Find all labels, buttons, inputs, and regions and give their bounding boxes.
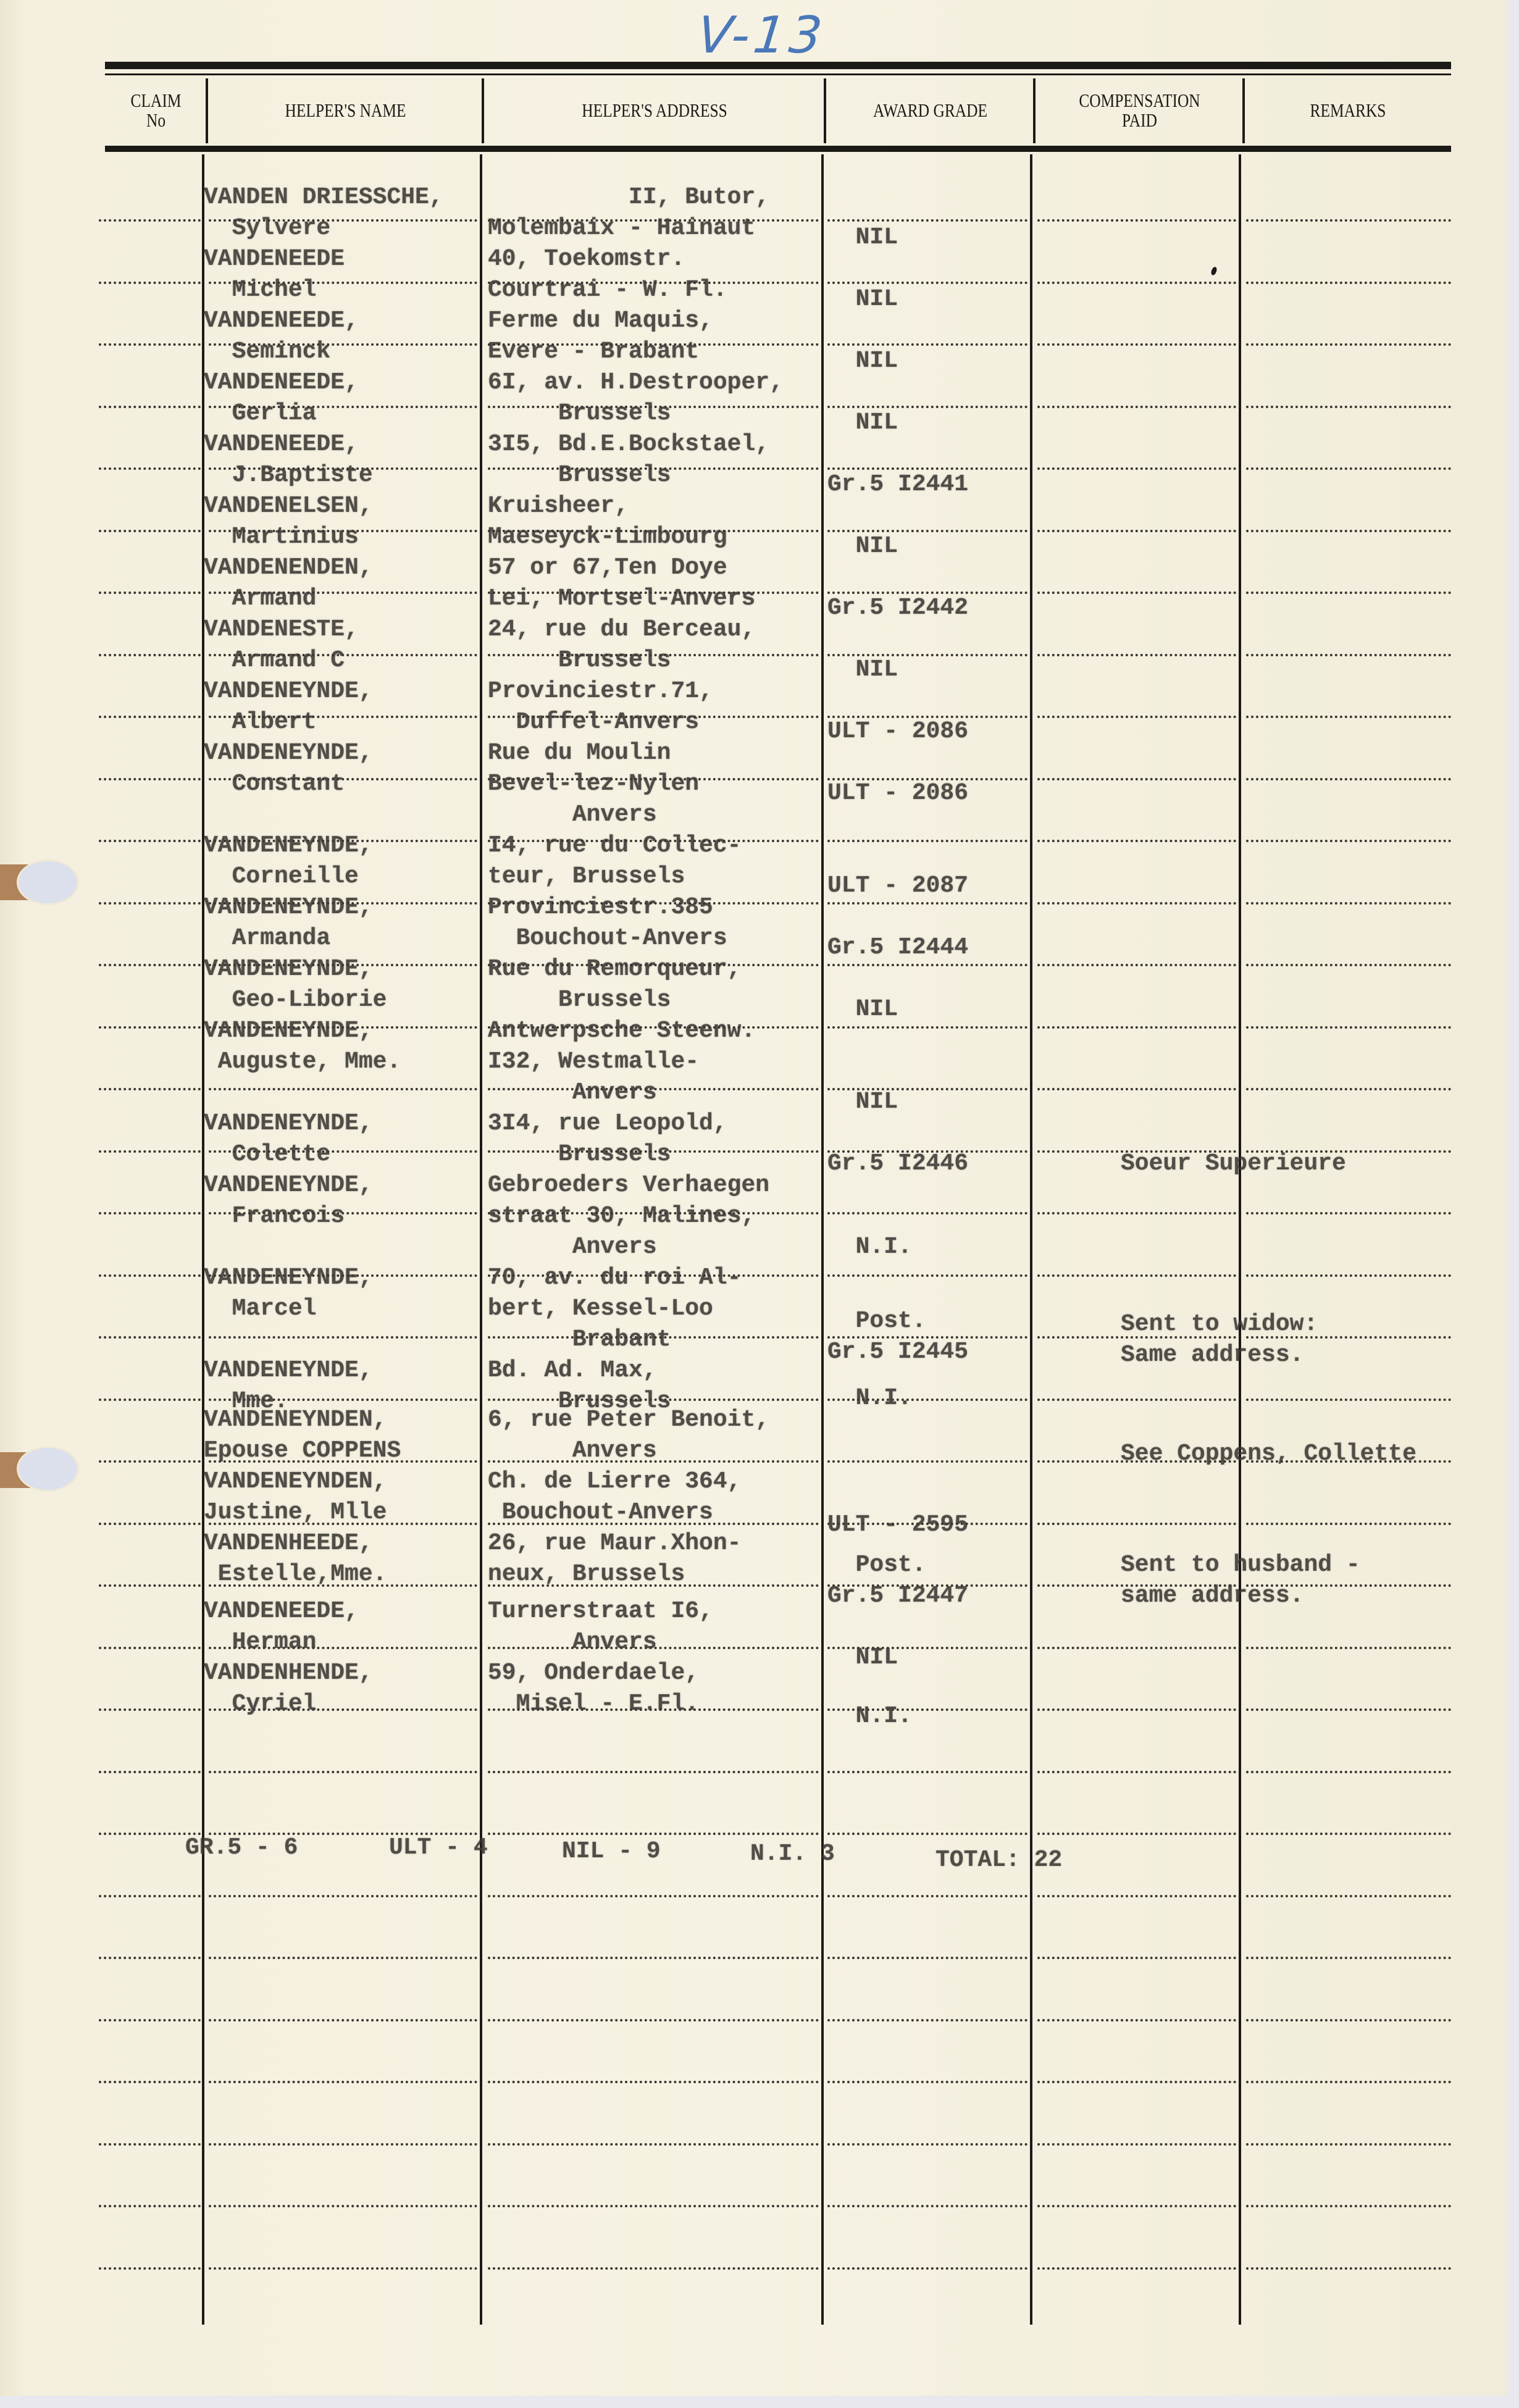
dotted-rule bbox=[827, 1212, 1027, 1214]
helper-address: 40, Toekomstr. Courtrai - W. Fl. bbox=[488, 244, 727, 306]
helper-name: VANDENEYNDE, Marcel bbox=[204, 1263, 373, 1324]
dotted-rule bbox=[209, 1771, 477, 1773]
helper-name: VANDEN DRIESSCHE, Sylvere bbox=[204, 182, 443, 244]
dotted-rule bbox=[99, 716, 201, 718]
dotted-rule bbox=[488, 2205, 819, 2207]
dotted-rule bbox=[99, 1088, 201, 1090]
award-grade: Gr.5 I2442 bbox=[827, 593, 968, 624]
remarks: Sent to husband - same address. bbox=[1121, 1550, 1360, 1612]
helper-address: I4, rue du Collec- teur, Brussels bbox=[488, 830, 741, 892]
dotted-rule bbox=[99, 1398, 201, 1401]
dotted-rule bbox=[1246, 2081, 1451, 2083]
summary-gr5: GR.5 - 6 bbox=[185, 1833, 298, 1863]
dotted-rule bbox=[99, 1771, 201, 1773]
helper-address: Antwerpsche Steenw. I32, Westmalle- Anve… bbox=[488, 1016, 755, 1108]
award-grade: ULT - 2086 bbox=[827, 716, 968, 747]
helper-address: Provinciestr.385 Bouchout-Anvers bbox=[488, 892, 727, 954]
helper-name: VANDENEEDE Michel bbox=[204, 244, 345, 306]
dotted-rule bbox=[99, 1647, 201, 1649]
dotted-rule bbox=[1246, 282, 1451, 284]
dotted-rule bbox=[1246, 1523, 1451, 1525]
helper-name: VANDENEYNDEN, Epouse COPPENS bbox=[204, 1405, 401, 1466]
dotted-rule bbox=[827, 1460, 1027, 1463]
helper-address: Rue du Moulin Bevel-lez-Nylen Anvers bbox=[488, 738, 699, 830]
helper-address: 24, rue du Berceau, Brussels bbox=[488, 614, 755, 676]
column-header-claim-no: CLAIMNo bbox=[114, 74, 198, 147]
award-grade: NIL bbox=[827, 408, 898, 438]
helper-name: VANDENEYNDEN, Justine, Mlle bbox=[204, 1466, 387, 1528]
award-grade: Gr.5 I2446 bbox=[827, 1148, 968, 1179]
helper-address: Ferme du Maquis, Evere - Brabant bbox=[488, 306, 713, 367]
header-divider bbox=[824, 78, 826, 143]
header-top-rule bbox=[105, 62, 1451, 69]
dotted-rule bbox=[1037, 1647, 1236, 1649]
dotted-rule bbox=[1246, 1398, 1451, 1401]
dotted-rule bbox=[1037, 778, 1236, 780]
dotted-rule bbox=[1037, 343, 1236, 346]
dotted-rule bbox=[1246, 1833, 1451, 1835]
helper-address: Ch. de Lierre 364, Bouchout-Anvers bbox=[488, 1466, 741, 1528]
file-code-handwritten: V-13 bbox=[695, 6, 885, 62]
helper-name: VANDENEEDE, J.Baptiste bbox=[204, 429, 373, 491]
award-grade: NIL bbox=[827, 1087, 898, 1118]
dotted-rule bbox=[827, 902, 1027, 905]
dotted-rule bbox=[99, 1274, 201, 1277]
award-grade: ULT - 2087 bbox=[827, 871, 968, 901]
award-grade: ULT - 2086 bbox=[827, 778, 968, 809]
dotted-rule bbox=[1246, 467, 1451, 470]
helper-address: 3I4, rue Leopold, Brussels bbox=[488, 1108, 727, 1170]
dotted-rule bbox=[1037, 530, 1236, 532]
dotted-rule bbox=[1246, 2267, 1451, 2270]
dotted-rule bbox=[1246, 592, 1451, 594]
dotted-rule bbox=[99, 902, 201, 905]
dotted-rule bbox=[209, 1895, 477, 1897]
dotted-rule bbox=[99, 1895, 201, 1897]
dotted-rule bbox=[99, 1957, 201, 1959]
dotted-rule bbox=[99, 964, 201, 966]
award-grade: N.I. bbox=[827, 1701, 912, 1732]
dotted-rule bbox=[1037, 1088, 1236, 1090]
helper-address: II, Butor, Molembaix - Hainaut bbox=[488, 182, 769, 244]
dotted-rule bbox=[99, 1460, 201, 1463]
dotted-rule bbox=[827, 2019, 1027, 2021]
helper-address: 57 or 67,Ten Doye Lei, Mortsel-Anvers bbox=[488, 553, 755, 614]
dotted-rule bbox=[1246, 1771, 1451, 1773]
dotted-rule bbox=[1246, 530, 1451, 532]
dotted-rule bbox=[99, 343, 201, 346]
dotted-rule bbox=[1246, 219, 1451, 222]
helper-address: 59, Onderdaele, Misel - E.Fl. bbox=[488, 1658, 699, 1720]
dotted-rule bbox=[827, 2267, 1027, 2270]
dotted-rule bbox=[99, 2143, 201, 2146]
binder-hole-bottom bbox=[19, 1448, 77, 1490]
award-grade: N.I. bbox=[827, 1232, 912, 1263]
column-header-helper-address: HELPER'S ADDRESS bbox=[515, 74, 795, 147]
scan-backdrop-bottom bbox=[0, 2396, 1519, 2408]
award-grade: Post. Gr.5 I2445 bbox=[827, 1306, 968, 1368]
award-grade: Gr.5 I2441 bbox=[827, 469, 968, 500]
dotted-rule bbox=[827, 219, 1027, 222]
dotted-rule bbox=[1246, 1957, 1451, 1959]
helper-name: VANDENELSEN, Martinius bbox=[204, 491, 373, 553]
helper-name: VANDENHENDE, Cyriel bbox=[204, 1658, 373, 1720]
helper-address: 70, av. du roi Al- bert, Kessel-Loo Brab… bbox=[488, 1263, 741, 1355]
dotted-rule bbox=[99, 1708, 201, 1711]
award-grade: NIL bbox=[827, 284, 898, 315]
award-grade: NIL bbox=[827, 994, 898, 1025]
dotted-rule bbox=[99, 1523, 201, 1525]
dotted-rule bbox=[1246, 654, 1451, 656]
award-grade: N.I. bbox=[827, 1383, 912, 1414]
dotted-rule bbox=[1037, 2019, 1236, 2021]
dotted-rule bbox=[1246, 964, 1451, 966]
dotted-rule bbox=[1037, 406, 1236, 408]
dotted-rule bbox=[1037, 654, 1236, 656]
helper-address: Kruisheer, Maeseyck-Limbourg bbox=[488, 491, 727, 553]
dotted-rule bbox=[1246, 1026, 1451, 1029]
dotted-rule bbox=[1037, 1708, 1236, 1711]
dotted-rule bbox=[99, 1212, 201, 1214]
dotted-rule bbox=[488, 1771, 819, 1773]
dotted-rule bbox=[99, 2081, 201, 2083]
dotted-rule bbox=[827, 2143, 1027, 2146]
dotted-rule bbox=[209, 2081, 477, 2083]
dotted-rule bbox=[1037, 467, 1236, 470]
dotted-rule bbox=[1037, 840, 1236, 842]
dotted-rule bbox=[827, 1957, 1027, 1959]
dotted-rule bbox=[488, 1957, 819, 1959]
dotted-rule bbox=[1246, 778, 1451, 780]
column-divider bbox=[1239, 154, 1241, 2325]
helper-name: VANDENEYNDE, Colette bbox=[204, 1108, 373, 1170]
dotted-rule bbox=[209, 2205, 477, 2207]
dotted-rule bbox=[1037, 1274, 1236, 1277]
dotted-rule bbox=[99, 840, 201, 842]
helper-name: VANDENESTE, Armand C bbox=[204, 614, 359, 676]
column-header-remarks: REMARKS bbox=[1263, 74, 1433, 147]
summary-ni: N.I. 3 bbox=[750, 1839, 835, 1870]
dotted-rule bbox=[99, 2267, 201, 2270]
column-header-helper-name: HELPER'S NAME bbox=[233, 74, 458, 147]
column-divider bbox=[821, 154, 824, 2325]
column-header-compensation-paid: COMPENSATIONPAID bbox=[1054, 74, 1224, 147]
dotted-rule bbox=[488, 2081, 819, 2083]
helper-address: Turnerstraat I6, Anvers bbox=[488, 1596, 713, 1658]
dotted-rule bbox=[1037, 1957, 1236, 1959]
helper-name: VANDENEEDE, Herman bbox=[204, 1596, 359, 1658]
dotted-rule bbox=[99, 406, 201, 408]
helper-name: VANDENHEEDE, Estelle,Mme. bbox=[204, 1528, 387, 1590]
award-grade: Gr.5 I2444 bbox=[827, 932, 968, 963]
remarks: See Coppens, Collette bbox=[1121, 1439, 1416, 1469]
header-divider bbox=[206, 78, 208, 143]
award-grade: NIL bbox=[827, 531, 898, 562]
helper-name: VANDENEYNDE, Geo-Liborie bbox=[204, 954, 387, 1016]
award-grade: NIL bbox=[827, 1642, 898, 1673]
dotted-rule bbox=[1037, 1398, 1236, 1401]
dotted-rule bbox=[1037, 1026, 1236, 1029]
column-divider bbox=[1030, 154, 1032, 2325]
dotted-rule bbox=[1037, 282, 1236, 284]
scan-backdrop-right bbox=[1507, 0, 1519, 2408]
header-divider bbox=[1242, 78, 1245, 143]
dotted-rule bbox=[99, 530, 201, 532]
binder-hole-top bbox=[19, 861, 77, 903]
dotted-rule bbox=[1246, 406, 1451, 408]
dotted-rule bbox=[827, 964, 1027, 966]
summary-ult: ULT - 4 bbox=[389, 1833, 488, 1863]
dotted-rule bbox=[209, 2143, 477, 2146]
helper-name: VANDENEYNDE, Corneille bbox=[204, 830, 373, 892]
helper-address: Gebroeders Verhaegen straat 30, Malines,… bbox=[488, 1170, 769, 1263]
header-divider bbox=[482, 78, 484, 143]
dotted-rule bbox=[99, 778, 201, 780]
helper-name: VANDENENDEN, Armand bbox=[204, 553, 373, 614]
dotted-rule bbox=[827, 2205, 1027, 2207]
dotted-rule bbox=[1246, 343, 1451, 346]
award-grade: NIL bbox=[827, 654, 898, 685]
dotted-rule bbox=[99, 1026, 201, 1029]
helper-name: VANDENEEDE, Gerlia bbox=[204, 367, 359, 429]
dotted-rule bbox=[488, 2019, 819, 2021]
dotted-rule bbox=[1037, 1895, 1236, 1897]
award-grade: Post. Gr.5 I2447 bbox=[827, 1550, 968, 1612]
dotted-rule bbox=[1037, 902, 1236, 905]
summary-nil: NIL - 9 bbox=[562, 1836, 661, 1867]
dotted-rule bbox=[1037, 1212, 1236, 1214]
helper-name: VANDENEYNDE, Auguste, Mme. bbox=[204, 1016, 401, 1077]
dotted-rule bbox=[1037, 1771, 1236, 1773]
helper-address: Rue du Remorqueur, Brussels bbox=[488, 954, 741, 1016]
dotted-rule bbox=[1246, 2143, 1451, 2146]
dotted-rule bbox=[827, 1026, 1027, 1029]
dotted-rule bbox=[1246, 1647, 1451, 1649]
dotted-rule bbox=[1037, 964, 1236, 966]
dotted-rule bbox=[1037, 1833, 1236, 1835]
column-divider bbox=[480, 154, 482, 2325]
helper-address: 26, rue Maur.Xhon- neux, Brussels bbox=[488, 1528, 741, 1590]
dotted-rule bbox=[99, 592, 201, 594]
summary-total: TOTAL: 22 bbox=[935, 1845, 1062, 1876]
dotted-rule bbox=[99, 467, 201, 470]
dotted-rule bbox=[209, 1088, 477, 1090]
dotted-rule bbox=[1246, 716, 1451, 718]
dotted-rule bbox=[488, 2143, 819, 2146]
helper-address: 3I5, Bd.E.Bockstael, Brussels bbox=[488, 429, 769, 491]
remarks: Sent to widow: Same address. bbox=[1121, 1309, 1318, 1371]
helper-name: VANDENEYNDE, Albert bbox=[204, 676, 373, 738]
dotted-rule bbox=[1246, 1212, 1451, 1214]
helper-address: Provinciestr.71, Duffel-Anvers bbox=[488, 676, 713, 738]
award-grade: ULT - 2595 bbox=[827, 1510, 968, 1541]
dotted-rule bbox=[1246, 1895, 1451, 1897]
dotted-rule bbox=[1037, 2267, 1236, 2270]
helper-name: VANDENEYNDE, Armanda bbox=[204, 892, 373, 954]
dotted-rule bbox=[99, 1336, 201, 1339]
dotted-rule bbox=[209, 1336, 477, 1339]
dotted-rule bbox=[1037, 2205, 1236, 2207]
dotted-rule bbox=[209, 1957, 477, 1959]
dotted-rule bbox=[99, 282, 201, 284]
dotted-rule bbox=[99, 1150, 201, 1153]
helper-address: 6, rue Peter Benoit, Anvers bbox=[488, 1405, 769, 1466]
remarks: Soeur Superieure bbox=[1121, 1148, 1346, 1179]
dotted-rule bbox=[99, 1584, 201, 1587]
award-grade: NIL bbox=[827, 222, 898, 253]
dotted-rule bbox=[1246, 840, 1451, 842]
dotted-rule bbox=[99, 2205, 201, 2207]
dotted-rule bbox=[1246, 1708, 1451, 1711]
header-divider bbox=[1033, 78, 1036, 143]
column-header-award-grade: AWARD GRADE bbox=[845, 74, 1015, 147]
dotted-rule bbox=[1246, 902, 1451, 905]
helper-name: VANDENEEDE, Seminck bbox=[204, 306, 359, 367]
dotted-rule bbox=[827, 1274, 1027, 1277]
dotted-rule bbox=[1037, 2081, 1236, 2083]
dotted-rule bbox=[99, 2019, 201, 2021]
dotted-rule bbox=[827, 840, 1027, 842]
dotted-rule bbox=[1037, 592, 1236, 594]
dotted-rule bbox=[827, 1833, 1027, 1835]
dotted-rule bbox=[827, 282, 1027, 284]
dotted-rule bbox=[827, 1895, 1027, 1897]
dotted-rule bbox=[1246, 1088, 1451, 1090]
dotted-rule bbox=[1037, 2143, 1236, 2146]
dotted-rule bbox=[1037, 716, 1236, 718]
award-grade: NIL bbox=[827, 346, 898, 377]
dotted-rule bbox=[488, 2267, 819, 2270]
dotted-rule bbox=[488, 1895, 819, 1897]
dotted-rule bbox=[1246, 1274, 1451, 1277]
dotted-rule bbox=[827, 2081, 1027, 2083]
dotted-rule bbox=[488, 1833, 819, 1835]
dotted-rule bbox=[99, 654, 201, 656]
helper-address: 6I, av. H.Destrooper, Brussels bbox=[488, 367, 784, 429]
dotted-rule bbox=[209, 2019, 477, 2021]
dotted-rule bbox=[1037, 1523, 1236, 1525]
dotted-rule bbox=[209, 2267, 477, 2270]
dotted-rule bbox=[99, 219, 201, 222]
dotted-rule bbox=[1037, 219, 1236, 222]
dotted-rule bbox=[1246, 2019, 1451, 2021]
dotted-rule bbox=[827, 1771, 1027, 1773]
helper-name: VANDENEYNDE, Constant bbox=[204, 738, 373, 800]
helper-name: VANDENEYNDE, Francois bbox=[204, 1170, 373, 1232]
dotted-rule bbox=[1246, 2205, 1451, 2207]
